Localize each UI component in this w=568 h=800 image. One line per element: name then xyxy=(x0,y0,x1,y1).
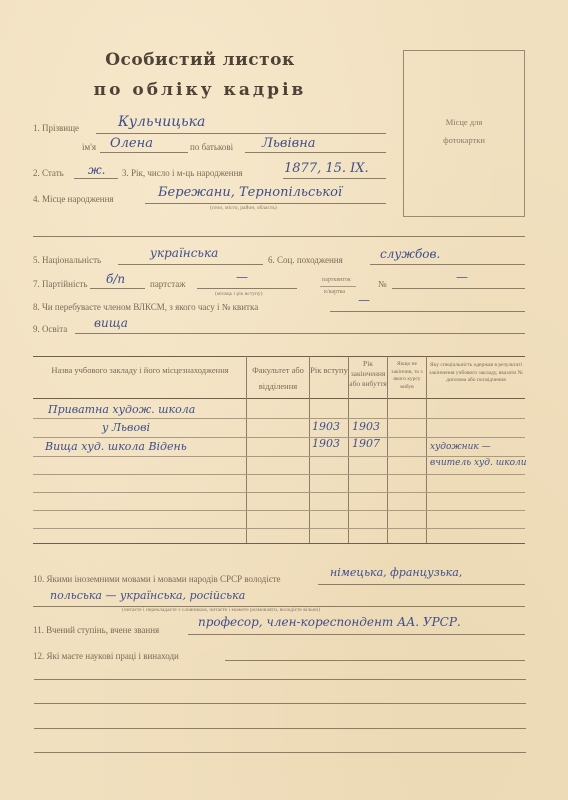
form-title-line2: по обліку кадрів xyxy=(0,80,400,100)
languages-label: 10. Якими іноземними мовами і мовами нар… xyxy=(33,574,281,584)
table-row-line xyxy=(33,474,525,475)
surname-label: 1. Прізвище xyxy=(33,123,79,133)
birthplace-value[interactable]: Бережани, Тернопільської xyxy=(158,185,342,200)
party-tenure-hint: (місяць і рік вступу) xyxy=(215,291,262,297)
languages-hint: (читаєте і перекладаєте з словником, чит… xyxy=(122,607,320,613)
birth-date-label: 3. Рік, число і м-ць народження xyxy=(122,168,243,178)
social-origin-line xyxy=(370,264,525,265)
party-card-line xyxy=(392,288,525,289)
birthplace-line2 xyxy=(33,236,525,237)
party-value[interactable]: б/п xyxy=(106,272,125,286)
sex-label: 2. Стать xyxy=(33,168,64,178)
nationality-line xyxy=(118,264,263,265)
party-card-label-top: партквиток xyxy=(322,277,351,283)
works-line xyxy=(225,660,525,661)
party-tenure-label: партстаж xyxy=(150,279,186,289)
surname-line xyxy=(96,133,386,134)
table-row-institution[interactable]: Вища худ. школа Відень xyxy=(45,440,187,453)
table-row-specialty[interactable]: вчитель худ. школи xyxy=(430,458,527,468)
table-row-year-entry[interactable]: 1903 xyxy=(312,420,340,433)
table-col-divider xyxy=(426,356,427,543)
first-name-line xyxy=(100,152,188,153)
table-row-year-graduation[interactable]: 1907 xyxy=(352,437,380,450)
social-origin-label: 6. Соц. походження xyxy=(268,255,343,265)
header-faculty: Факультет або відділення xyxy=(247,362,309,394)
table-header-bottom-border xyxy=(33,398,525,399)
works-line5 xyxy=(34,752,526,753)
patronymic-line xyxy=(245,152,386,153)
photo-label-line2: фотокартки xyxy=(404,135,524,145)
patronymic-value[interactable]: Львівна xyxy=(262,136,316,151)
table-row-line xyxy=(33,510,525,511)
table-row-institution[interactable]: у Львові xyxy=(102,421,150,434)
education-label: 9. Освіта xyxy=(33,324,67,334)
komsomol-label: 8. Чи перебуваєте членом ВЛКСМ, з якого … xyxy=(33,302,258,312)
languages-line xyxy=(318,584,525,585)
education-line xyxy=(75,333,525,334)
patronymic-label: по батькові xyxy=(190,142,233,152)
birthplace-line xyxy=(145,203,386,204)
works-line3 xyxy=(34,703,526,704)
degree-line xyxy=(188,634,525,635)
languages-value-line2[interactable]: польська — українська, російська xyxy=(50,589,245,602)
table-top-border xyxy=(33,356,525,357)
nationality-label: 5. Національність xyxy=(33,255,101,265)
table-row-year-entry[interactable]: 1903 xyxy=(312,437,340,450)
header-institution: Назва учбового закладу і його місцезнахо… xyxy=(40,362,240,379)
birth-date-value[interactable]: 1877, 15. IX. xyxy=(284,161,369,176)
photo-label-line1: Місце для xyxy=(404,117,524,127)
works-line4 xyxy=(34,728,526,729)
table-row-year-graduation[interactable]: 1903 xyxy=(352,420,380,433)
header-year-entry: Рік вступу xyxy=(310,362,348,378)
birth-date-line xyxy=(283,178,386,179)
komsomol-line xyxy=(330,311,525,312)
table-bottom-border xyxy=(33,543,525,544)
personnel-record-sheet: Особистий листок по обліку кадрів Місце … xyxy=(0,0,568,800)
party-tenure-value[interactable]: — xyxy=(236,270,248,284)
table-row-institution[interactable]: Приватна худож. школа xyxy=(48,403,195,416)
komsomol-value[interactable]: — xyxy=(358,293,370,307)
surname-value[interactable]: Кульчицька xyxy=(118,114,205,130)
birthplace-label: 4. Місце народження xyxy=(33,194,114,204)
table-row-line xyxy=(33,456,525,457)
party-line xyxy=(90,288,145,289)
party-card-value[interactable]: — xyxy=(456,270,468,284)
birthplace-hint: (село, місто, район, область) xyxy=(210,205,277,211)
first-name-label: ім'я xyxy=(82,142,96,152)
table-row-line xyxy=(33,528,525,529)
party-card-number-label: № xyxy=(378,279,387,289)
education-value[interactable]: вища xyxy=(94,316,128,330)
works-line2 xyxy=(34,679,526,680)
degree-label: 11. Вчений ступінь, вчене звання xyxy=(33,625,159,635)
table-col-divider xyxy=(309,356,310,543)
sex-value[interactable]: ж. xyxy=(88,163,105,177)
party-card-label-bottom: к/картка xyxy=(324,289,345,295)
party-card-divider xyxy=(320,286,356,287)
header-dropped-course: Якщо не закінчив, то з якого курсу вибув xyxy=(388,361,426,391)
degree-value[interactable]: професор, член-кореспондент АА. УРСР. xyxy=(198,615,461,629)
table-row-line xyxy=(33,437,525,438)
nationality-value[interactable]: українська xyxy=(150,246,218,260)
party-label: 7. Партійність xyxy=(33,279,87,289)
photo-placeholder-box: Місце для фотокартки xyxy=(403,50,525,217)
languages-value-line1[interactable]: німецька, французька, xyxy=(330,566,462,579)
table-row-line xyxy=(33,418,525,419)
header-specialty: Яку спеціальність одержав в результаті з… xyxy=(428,362,524,385)
party-tenure-line xyxy=(197,288,297,289)
first-name-value[interactable]: Олена xyxy=(110,136,153,151)
sex-line xyxy=(74,178,118,179)
form-title-line1: Особистий листок xyxy=(0,50,400,70)
social-origin-value[interactable]: службов. xyxy=(380,247,440,261)
table-row-specialty[interactable]: художник — xyxy=(430,442,491,452)
table-row-line xyxy=(33,492,525,493)
works-label: 12. Які маєте наукові праці і винаходи xyxy=(33,651,179,661)
header-year-graduation: Рік закінчення або вибуття xyxy=(349,359,387,389)
